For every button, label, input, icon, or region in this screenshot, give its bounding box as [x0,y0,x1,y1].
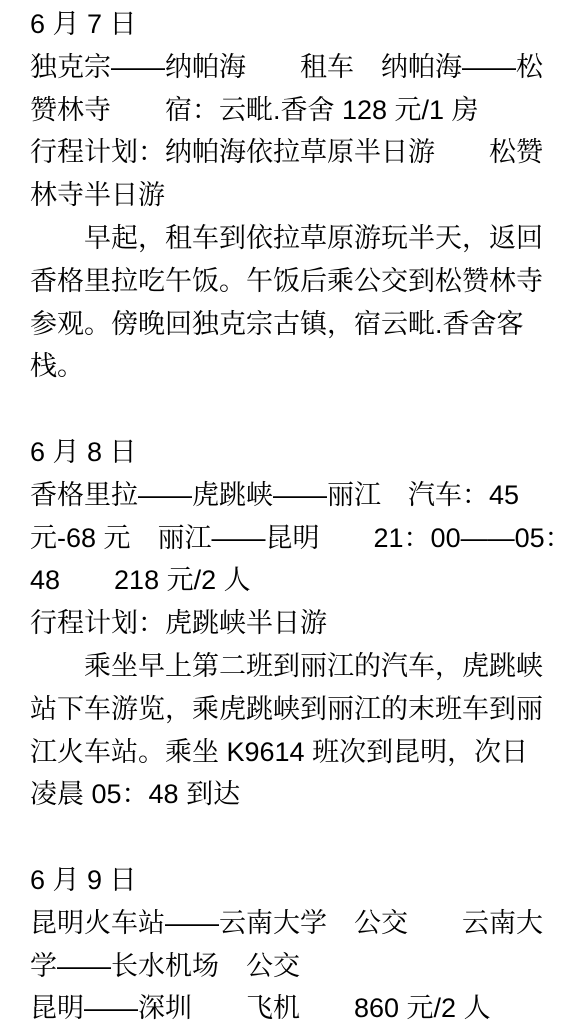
itinerary-section: 6 月 8 日香格里拉——虎跳峡——丽江 汽车：45元-68 元 丽江——昆明 … [30,431,560,816]
text-line: 学——长水机场 公交 [30,945,560,988]
text-line: 行程计划：纳帕海依拉草原半日游 松赞 [30,131,560,174]
text-line: 独克宗——纳帕海 租车 纳帕海——松 [30,46,560,89]
itinerary-section: 6 月 7 日独克宗——纳帕海 租车 纳帕海——松赞林寺 宿：云毗.香舍 128… [30,3,560,388]
text-line: 乘坐早上第二班到丽江的汽车，虎跳峡 [30,645,560,688]
text-line: 赞林寺 宿：云毗.香舍 128 元/1 房 [30,89,560,132]
text-line: 昆明——深圳 飞机 860 元/2 人 [30,987,560,1030]
text-line: 栈。 [30,345,560,388]
text-line: 昆明火车站——云南大学 公交 云南大 [30,902,560,945]
date-heading: 6 月 9 日 [30,859,560,902]
document-page: 6 月 7 日独克宗——纳帕海 租车 纳帕海——松赞林寺 宿：云毗.香舍 128… [0,0,580,1031]
text-line: 参观。傍晚回独克宗古镇，宿云毗.香舍客 [30,303,560,346]
text-line: 行程计划：虎跳峡半日游 [30,602,560,645]
date-heading: 6 月 8 日 [30,431,560,474]
text-line: 凌晨 05：48 到达 [30,773,560,816]
date-heading: 6 月 7 日 [30,3,560,46]
text-line: 早起，租车到依拉草原游玩半天，返回 [30,217,560,260]
itinerary-section: 6 月 9 日昆明火车站——云南大学 公交 云南大学——长水机场 公交昆明——深… [30,859,560,1030]
text-line: 48 218 元/2 人 [30,559,560,602]
text-line: 站下车游览，乘虎跳峡到丽江的末班车到丽 [30,688,560,731]
itinerary: 6 月 7 日独克宗——纳帕海 租车 纳帕海——松赞林寺 宿：云毗.香舍 128… [30,3,560,1030]
text-line: 元-68 元 丽江——昆明 21：00——05： [30,517,560,560]
text-line: 林寺半日游 [30,174,560,217]
text-line: 江火车站。乘坐 K9614 班次到昆明，次日 [30,731,560,774]
text-line: 香格里拉吃午饭。午饭后乘公交到松赞林寺 [30,260,560,303]
text-line: 香格里拉——虎跳峡——丽江 汽车：45 [30,474,560,517]
